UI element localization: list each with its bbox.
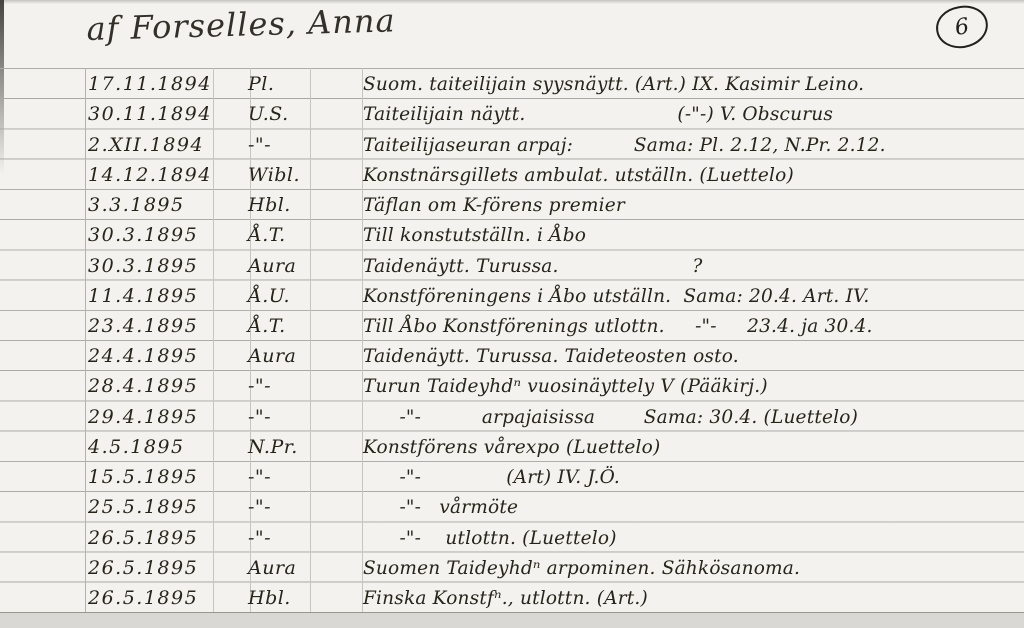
table-row: 11.4.1895Å.U.Konstföreningens i Åbo utst… <box>0 280 1024 310</box>
entry-date: 29.4.1895 <box>88 406 198 428</box>
entry-text: Taiteilijain näytt. (-"-) V. Obscurus <box>363 104 833 125</box>
entry-source: Wibl. <box>248 164 300 186</box>
entry-source: -"- <box>248 466 271 488</box>
table-row: 15.5.1895-"- -"- (Art) IV. J.Ö. <box>0 461 1024 491</box>
entry-date: 23.4.1895 <box>88 315 198 337</box>
entry-source: U.S. <box>248 103 289 125</box>
entry-date: 4.5.1895 <box>88 436 185 458</box>
table-row: 30.11.1894U.S.Taiteilijain näytt. (-"-) … <box>0 98 1024 128</box>
entry-date: 11.4.1895 <box>88 285 198 307</box>
entry-source: Aura <box>248 255 296 277</box>
entry-source: Å.T. <box>248 315 286 337</box>
entry-text: Täflan om K-förens premier <box>363 195 625 216</box>
entry-date: 26.5.1895 <box>88 587 198 609</box>
entry-text: Konstförens vårexpo (Luettelo) <box>363 437 660 458</box>
entry-text: Till konstutställn. i Åbo <box>363 225 586 246</box>
entry-source: -"- <box>248 406 271 428</box>
card-top-edge <box>0 0 1024 4</box>
table-row: 14.12.1894Wibl.Konstnärsgillets ambulat.… <box>0 159 1024 189</box>
entry-date: 28.4.1895 <box>88 375 198 397</box>
entry-source: -"- <box>248 375 271 397</box>
entry-text: -"- arpajaisissa Sama: 30.4. (Luettelo) <box>363 407 858 428</box>
table-body: 17.11.1894Pl.Suom. taiteilijain syysnäyt… <box>0 68 1024 613</box>
table-row: 28.4.1895-"-Turun Taideyhdⁿ vuosinäyttel… <box>0 370 1024 400</box>
entry-text: -"- utlottn. (Luettelo) <box>363 528 617 549</box>
entry-text: Suom. taiteilijain syysnäytt. (Art.) IX.… <box>363 74 864 95</box>
entry-date: 26.5.1895 <box>88 557 198 579</box>
entry-source: -"- <box>248 134 271 156</box>
entry-text: -"- vårmöte <box>363 497 518 518</box>
entry-source: Å.T. <box>248 224 286 246</box>
table-row: 24.4.1895AuraTaidenäytt. Turussa. Taidet… <box>0 340 1024 370</box>
page-number: 6 <box>953 14 971 41</box>
page-number-badge: 6 <box>933 2 991 52</box>
archive-card: af Forselles, Anna 6 17.11.1894Pl.Suom. … <box>0 0 1024 628</box>
entry-date: 2.XII.1894 <box>88 134 204 156</box>
entry-source: Aura <box>248 345 296 367</box>
entry-source: Hbl. <box>248 194 291 216</box>
entry-date: 14.12.1894 <box>88 164 212 186</box>
table-row: 25.5.1895-"- -"- vårmöte <box>0 491 1024 521</box>
table-row: 17.11.1894Pl.Suom. taiteilijain syysnäyt… <box>0 68 1024 98</box>
entry-source: Pl. <box>248 73 274 95</box>
page-title: af Forselles, Anna <box>86 1 396 48</box>
entry-date: 26.5.1895 <box>88 527 198 549</box>
table-row: 26.5.1895-"- -"- utlottn. (Luettelo) <box>0 521 1024 551</box>
entry-source: Aura <box>248 557 296 579</box>
entry-text: Finska Konstfⁿ., utlottn. (Art.) <box>363 588 648 609</box>
entry-date: 24.4.1895 <box>88 345 198 367</box>
entry-text: Turun Taideyhdⁿ vuosinäyttely V (Pääkirj… <box>363 376 768 397</box>
entry-text: Konstnärsgillets ambulat. utställn. (Lue… <box>363 165 794 186</box>
card-bottom-edge <box>0 612 1024 628</box>
entry-source: Å.U. <box>248 285 290 307</box>
entry-text: Taidenäytt. Turussa. ? <box>363 256 702 277</box>
table-row: 3.3.1895Hbl.Täflan om K-förens premier <box>0 189 1024 219</box>
entry-source: N.Pr. <box>248 436 298 458</box>
entry-date: 25.5.1895 <box>88 496 198 518</box>
entry-text: Konstföreningens i Åbo utställn. Sama: 2… <box>363 286 869 307</box>
entry-source: -"- <box>248 527 271 549</box>
entry-date: 30.11.1894 <box>88 103 212 125</box>
table-row: 29.4.1895-"- -"- arpajaisissa Sama: 30.4… <box>0 400 1024 430</box>
table-row: 23.4.1895Å.T.Till Åbo Konstförenings utl… <box>0 310 1024 340</box>
entry-text: Suomen Taideyhdⁿ arpominen. Sähkösanoma. <box>363 558 800 579</box>
entry-date: 30.3.1895 <box>88 224 198 246</box>
table-row: 30.3.1895Å.T.Till konstutställn. i Åbo <box>0 219 1024 249</box>
entry-source: Hbl. <box>248 587 291 609</box>
entry-date: 15.5.1895 <box>88 466 198 488</box>
table-row: 30.3.1895AuraTaidenäytt. Turussa. ? <box>0 249 1024 279</box>
entry-date: 17.11.1894 <box>88 73 212 95</box>
table-row: 26.5.1895AuraSuomen Taideyhdⁿ arpominen.… <box>0 552 1024 582</box>
entry-date: 30.3.1895 <box>88 255 198 277</box>
entry-source: -"- <box>248 496 271 518</box>
table-row: 26.5.1895Hbl.Finska Konstfⁿ., utlottn. (… <box>0 582 1024 612</box>
entry-text: Taiteilijaseuran arpaj: Sama: Pl. 2.12, … <box>363 135 886 156</box>
table-row: 2.XII.1894-"-Taiteilijaseuran arpaj: Sam… <box>0 128 1024 158</box>
entry-text: Taidenäytt. Turussa. Taideteosten osto. <box>363 346 739 367</box>
entry-date: 3.3.1895 <box>88 194 185 216</box>
table-row: 4.5.1895N.Pr.Konstförens vårexpo (Luette… <box>0 431 1024 461</box>
entry-text: -"- (Art) IV. J.Ö. <box>363 467 620 488</box>
entry-text: Till Åbo Konstförenings utlottn. -"- 23.… <box>363 316 873 337</box>
